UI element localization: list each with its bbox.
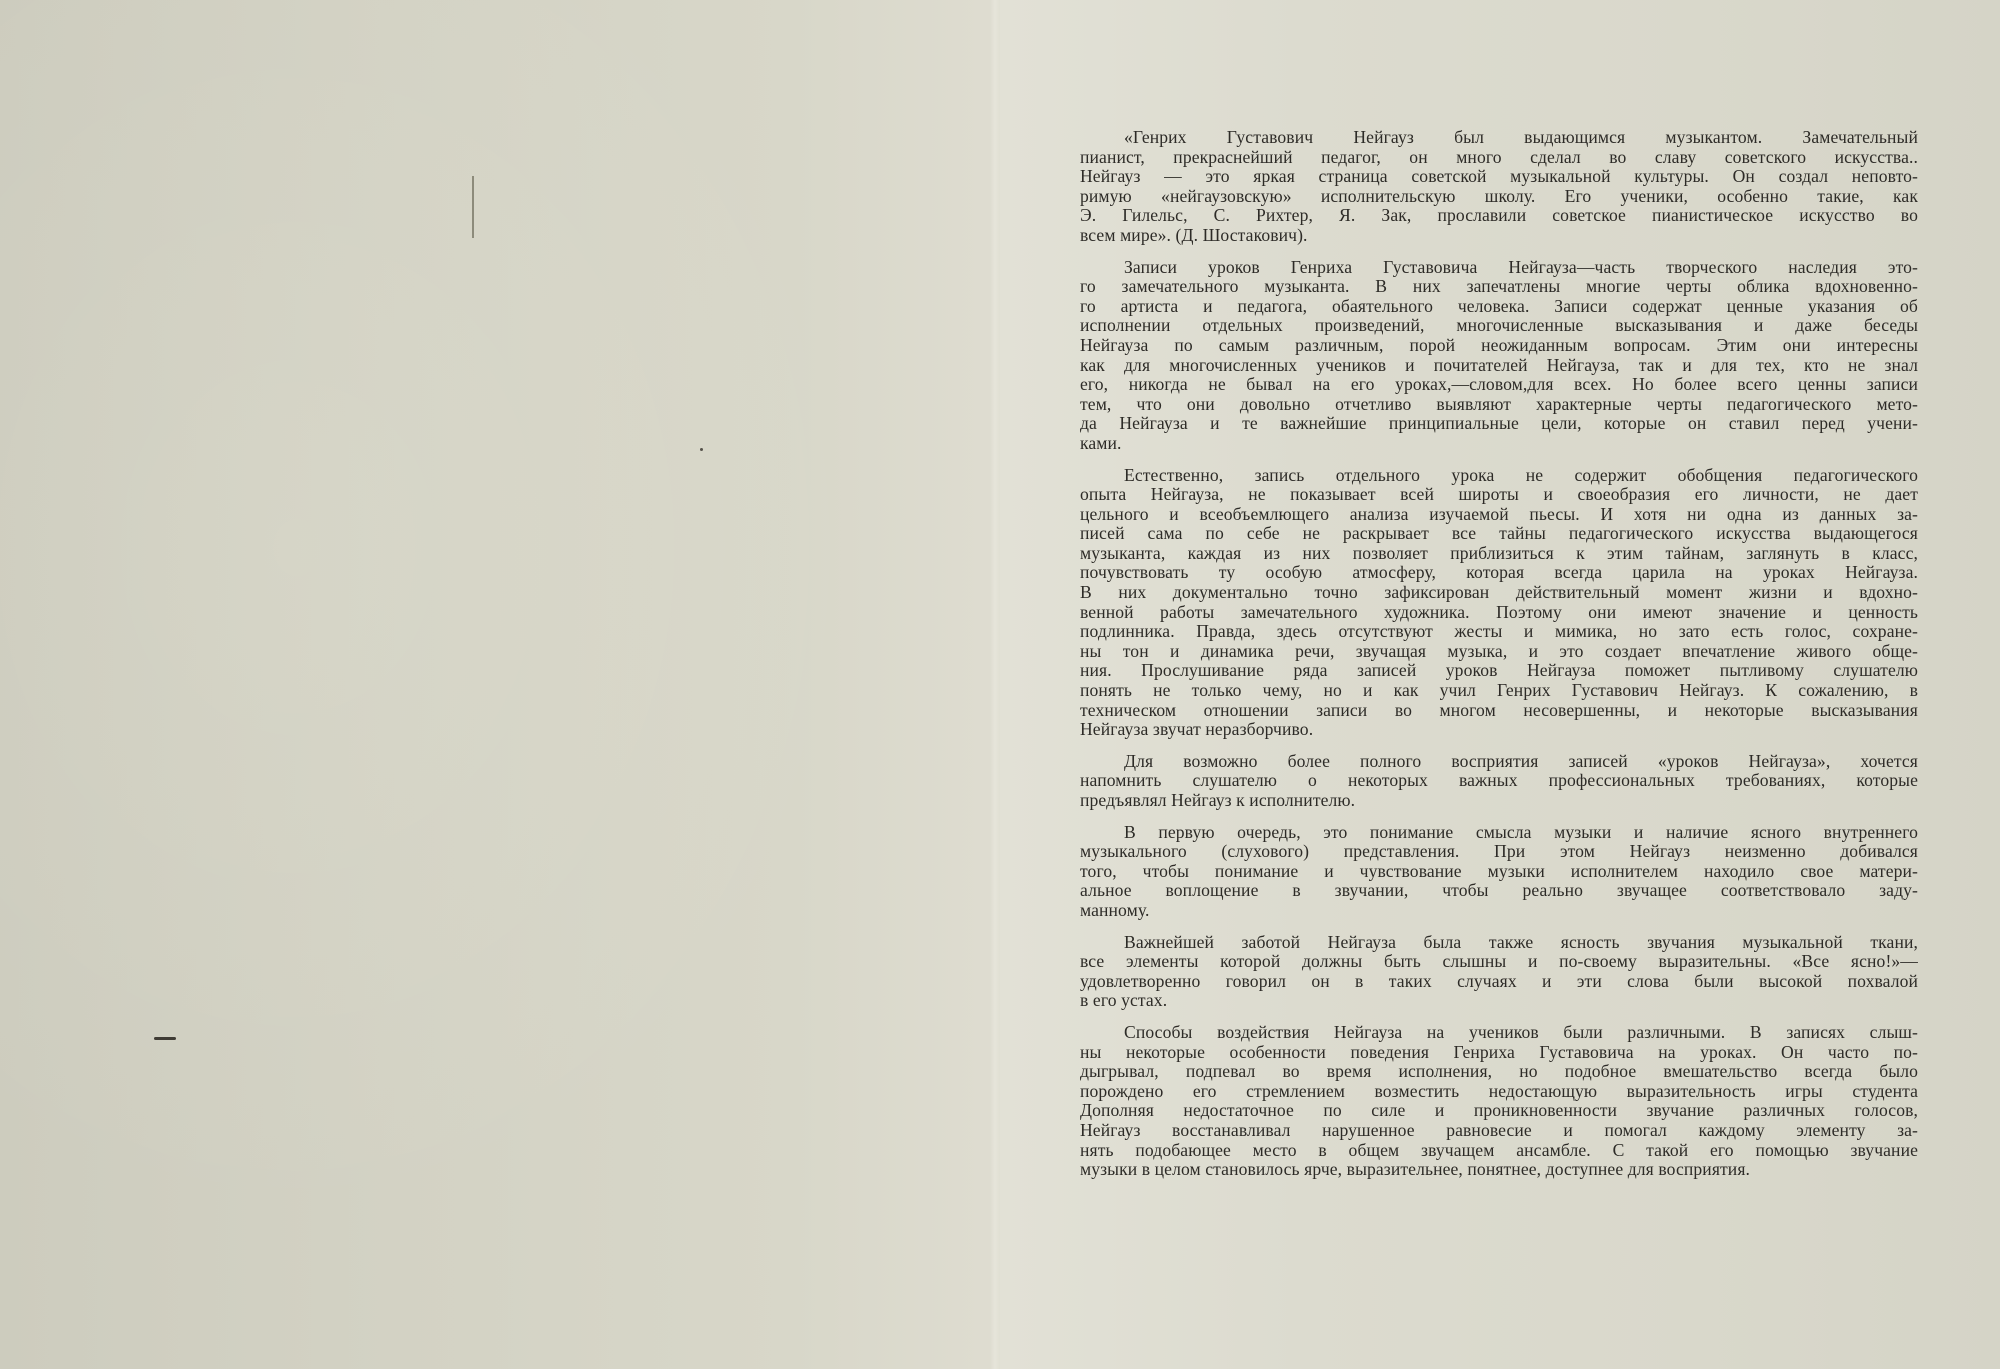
text-line: В первую очередь, это понимание смысла м…: [1080, 823, 1918, 843]
text-line: ны тон и динамика речи, звучащая музыка,…: [1080, 642, 1918, 662]
text-line: того, чтобы понимание и чувствование муз…: [1080, 862, 1918, 882]
left-page: [0, 0, 990, 1369]
text-line: цельного и всеобъемлющего анализа изучае…: [1080, 505, 1918, 525]
text-line: Нейгауз — это яркая страница советской м…: [1080, 167, 1918, 187]
text-line: понять не только чему, но и как учил Ген…: [1080, 681, 1918, 701]
text-line: порождено его стремлением возместить нед…: [1080, 1082, 1918, 1102]
text-line: В них документально точно зафиксирован д…: [1080, 583, 1918, 603]
paper-speck: [700, 448, 703, 451]
text-line: пианист, прекраснейший педагог, он много…: [1080, 148, 1918, 168]
page-gutter: [990, 0, 1000, 1369]
text-line: «Генрих Густавович Нейгауз был выдающимс…: [1080, 128, 1918, 148]
text-line: напомнить слушателю о некоторых важных п…: [1080, 771, 1918, 791]
paragraph-3: Естественно, запись отдельного урока не …: [1080, 466, 1918, 740]
text-line: подлинника. Правда, здесь отсутствуют же…: [1080, 622, 1918, 642]
text-line: дыгрывал, подпевал во время исполнения, …: [1080, 1062, 1918, 1082]
text-line: исполнении отдельных произведений, много…: [1080, 316, 1918, 336]
text-line: ния. Прослушивание ряда записей уроков Н…: [1080, 661, 1918, 681]
paragraph-4: Для возможно более полного восприятия за…: [1080, 752, 1918, 811]
text-line: техническом отношении записи во многом н…: [1080, 701, 1918, 721]
text-line: Э. Гилельс, С. Рихтер, Я. Зак, прославил…: [1080, 206, 1918, 226]
text-line: музыки в целом становилось ярче, выразит…: [1080, 1160, 1918, 1180]
text-line: манному.: [1080, 901, 1918, 921]
paragraph-6: Важнейшей заботой Нейгауза была также яс…: [1080, 933, 1918, 1011]
text-line: Записи уроков Генриха Густавовича Нейгау…: [1080, 258, 1918, 278]
paragraph-7: Способы воздействия Нейгауза на учеников…: [1080, 1023, 1918, 1180]
text-line: Нейгауза по самым различным, порой неожи…: [1080, 336, 1918, 356]
text-line: нять подобающее место в общем звучащем а…: [1080, 1141, 1918, 1161]
text-line: как для многочисленных учеников и почита…: [1080, 356, 1918, 376]
text-line: всем мире». (Д. Шостакович).: [1080, 226, 1918, 246]
text-line: Нейгауза звучат неразборчиво.: [1080, 720, 1918, 740]
text-line: Дополняя недостаточное по силе и проникн…: [1080, 1101, 1918, 1121]
text-line: все элементы которой должны быть слышны …: [1080, 952, 1918, 972]
text-line: ны некоторые особенности поведения Генри…: [1080, 1043, 1918, 1063]
text-line: опыта Нейгауза, не показывает всей широт…: [1080, 485, 1918, 505]
text-line: писей сама по себе не раскрывает все тай…: [1080, 524, 1918, 544]
paragraph-2: Записи уроков Генриха Густавовича Нейгау…: [1080, 258, 1918, 454]
text-line: римую «нейгаузовскую» исполнительскую шк…: [1080, 187, 1918, 207]
text-line: Способы воздействия Нейгауза на учеников…: [1080, 1023, 1918, 1043]
text-line: венной работы замечательного художника. …: [1080, 603, 1918, 623]
text-line: Важнейшей заботой Нейгауза была также яс…: [1080, 933, 1918, 953]
text-line: почувствовать ту особую атмосферу, котор…: [1080, 563, 1918, 583]
text-line: музыкального (слухового) представления. …: [1080, 842, 1918, 862]
text-line: тем, что они довольно отчетливо выявляют…: [1080, 395, 1918, 415]
text-line: да Нейгауза и те важнейшие принципиальны…: [1080, 414, 1918, 434]
ink-dash-mark: [154, 1037, 176, 1040]
text-line: альное воплощение в звучании, чтобы реал…: [1080, 881, 1918, 901]
text-line: Для возможно более полного восприятия за…: [1080, 752, 1918, 772]
paragraph-5: В первую очередь, это понимание смысла м…: [1080, 823, 1918, 921]
text-line: в его устах.: [1080, 991, 1918, 1011]
paragraph-1: «Генрих Густавович Нейгауз был выдающимс…: [1080, 128, 1918, 246]
text-line: го замечательного музыканта. В них запеч…: [1080, 277, 1918, 297]
text-line: го артиста и педагога, обаятельного чело…: [1080, 297, 1918, 317]
text-line: предъявлял Нейгауз к исполнителю.: [1080, 791, 1918, 811]
text-line: удовлетворенно говорил он в таких случая…: [1080, 972, 1918, 992]
text-line: его, никогда не бывал на его уроках,—сло…: [1080, 375, 1918, 395]
text-line: Естественно, запись отдельного урока не …: [1080, 466, 1918, 486]
text-line: Нейгауз восстанавливал нарушенное равнов…: [1080, 1121, 1918, 1141]
text-line: ками.: [1080, 434, 1918, 454]
article-body: «Генрих Густавович Нейгауз был выдающимс…: [1080, 128, 1918, 1192]
pencil-mark: [472, 176, 474, 238]
text-line: музыканта, каждая из них позволяет прибл…: [1080, 544, 1918, 564]
